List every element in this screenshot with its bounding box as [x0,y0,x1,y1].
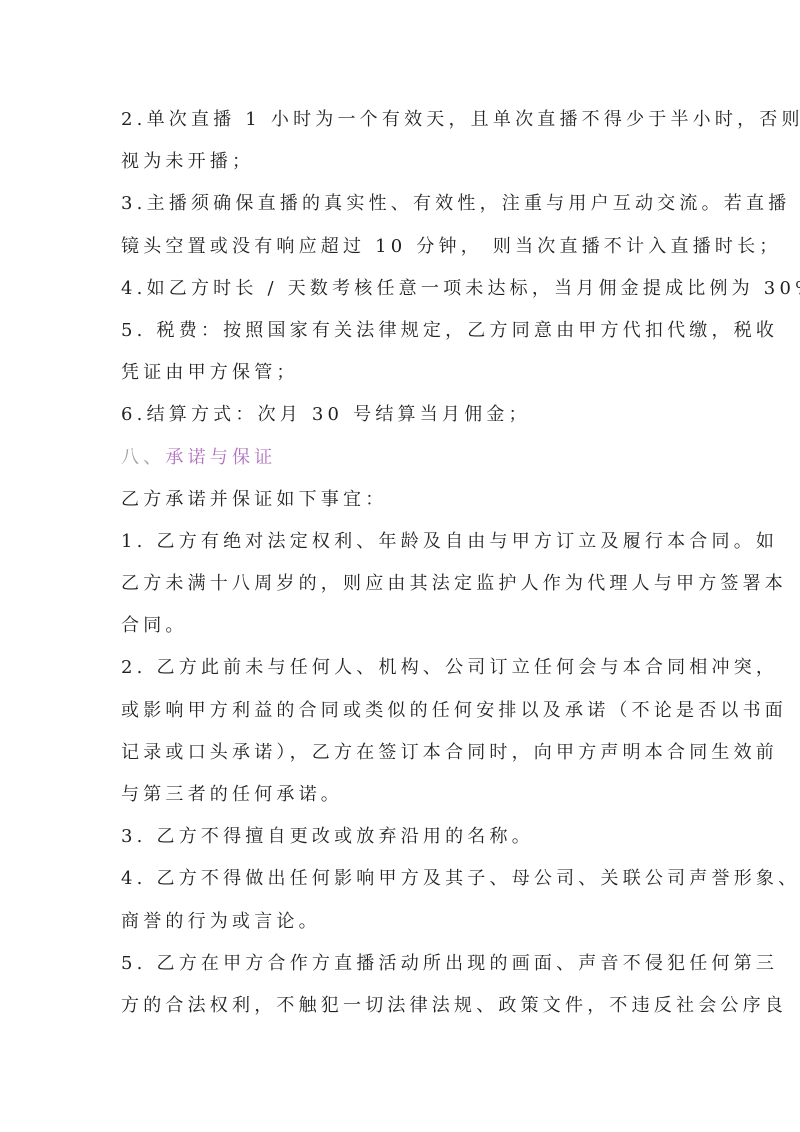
text-line: 方的合法权利，不触犯一切法律法规、政策文件，不违反社会公序良 [121,985,681,1027]
section-number: 八、 [121,447,165,468]
text-line: 乙方承诺并保证如下事宜： [121,479,681,521]
text-line: 3.主播须确保直播的真实性、有效性，注重与用户互动交流。若直播 [121,183,681,225]
text-line: 镜头空置或没有响应超过 10 分钟， 则当次直播不计入直播时长； [121,226,681,268]
text-line: 6.结算方式：次月 30 号结算当月佣金； [121,394,681,436]
text-line: 视为未开播； [121,141,681,183]
text-line: 合同。 [121,605,681,647]
text-line: 4. 乙方不得做出任何影响甲方及其子、母公司、关联公司声誉形象、 [121,858,681,900]
text-line: 1. 乙方有绝对法定权利、年龄及自由与甲方订立及履行本合同。如 [121,521,681,563]
text-line: 2. 乙方此前未与任何人、机构、公司订立任何会与本合同相冲突， [121,647,681,689]
text-line: 记录或口头承诺），乙方在签订本合同时，向甲方声明本合同生效前 [121,732,681,774]
text-line: 与第三者的任何承诺。 [121,774,681,816]
text-line: 2.单次直播 1 小时为一个有效天，且单次直播不得少于半小时，否则 [121,99,681,141]
text-line: 5. 乙方在甲方合作方直播活动所出现的画面、声音不侵犯任何第三 [121,943,681,985]
text-line: 或影响甲方利益的合同或类似的任何安排以及承诺（不论是否以书面 [121,690,681,732]
text-line: 凭证由甲方保管； [121,352,681,394]
text-line: 乙方未满十八周岁的，则应由其法定监护人作为代理人与甲方签署本 [121,563,681,605]
text-line: 5. 税费：按照国家有关法律规定，乙方同意由甲方代扣代缴，税收 [121,310,681,352]
text-line: 商誉的行为或言论。 [121,901,681,943]
text-line: 3. 乙方不得擅自更改或放弃沿用的名称。 [121,816,681,858]
text-line: 4.如乙方时长 / 天数考核任意一项未达标，当月佣金提成比例为 30%； [121,268,681,310]
document-page: 2.单次直播 1 小时为一个有效天，且单次直播不得少于半小时，否则 视为未开播；… [121,99,681,1027]
section-heading: 八、承诺与保证 [121,437,681,479]
section-title: 承诺与保证 [165,447,276,468]
